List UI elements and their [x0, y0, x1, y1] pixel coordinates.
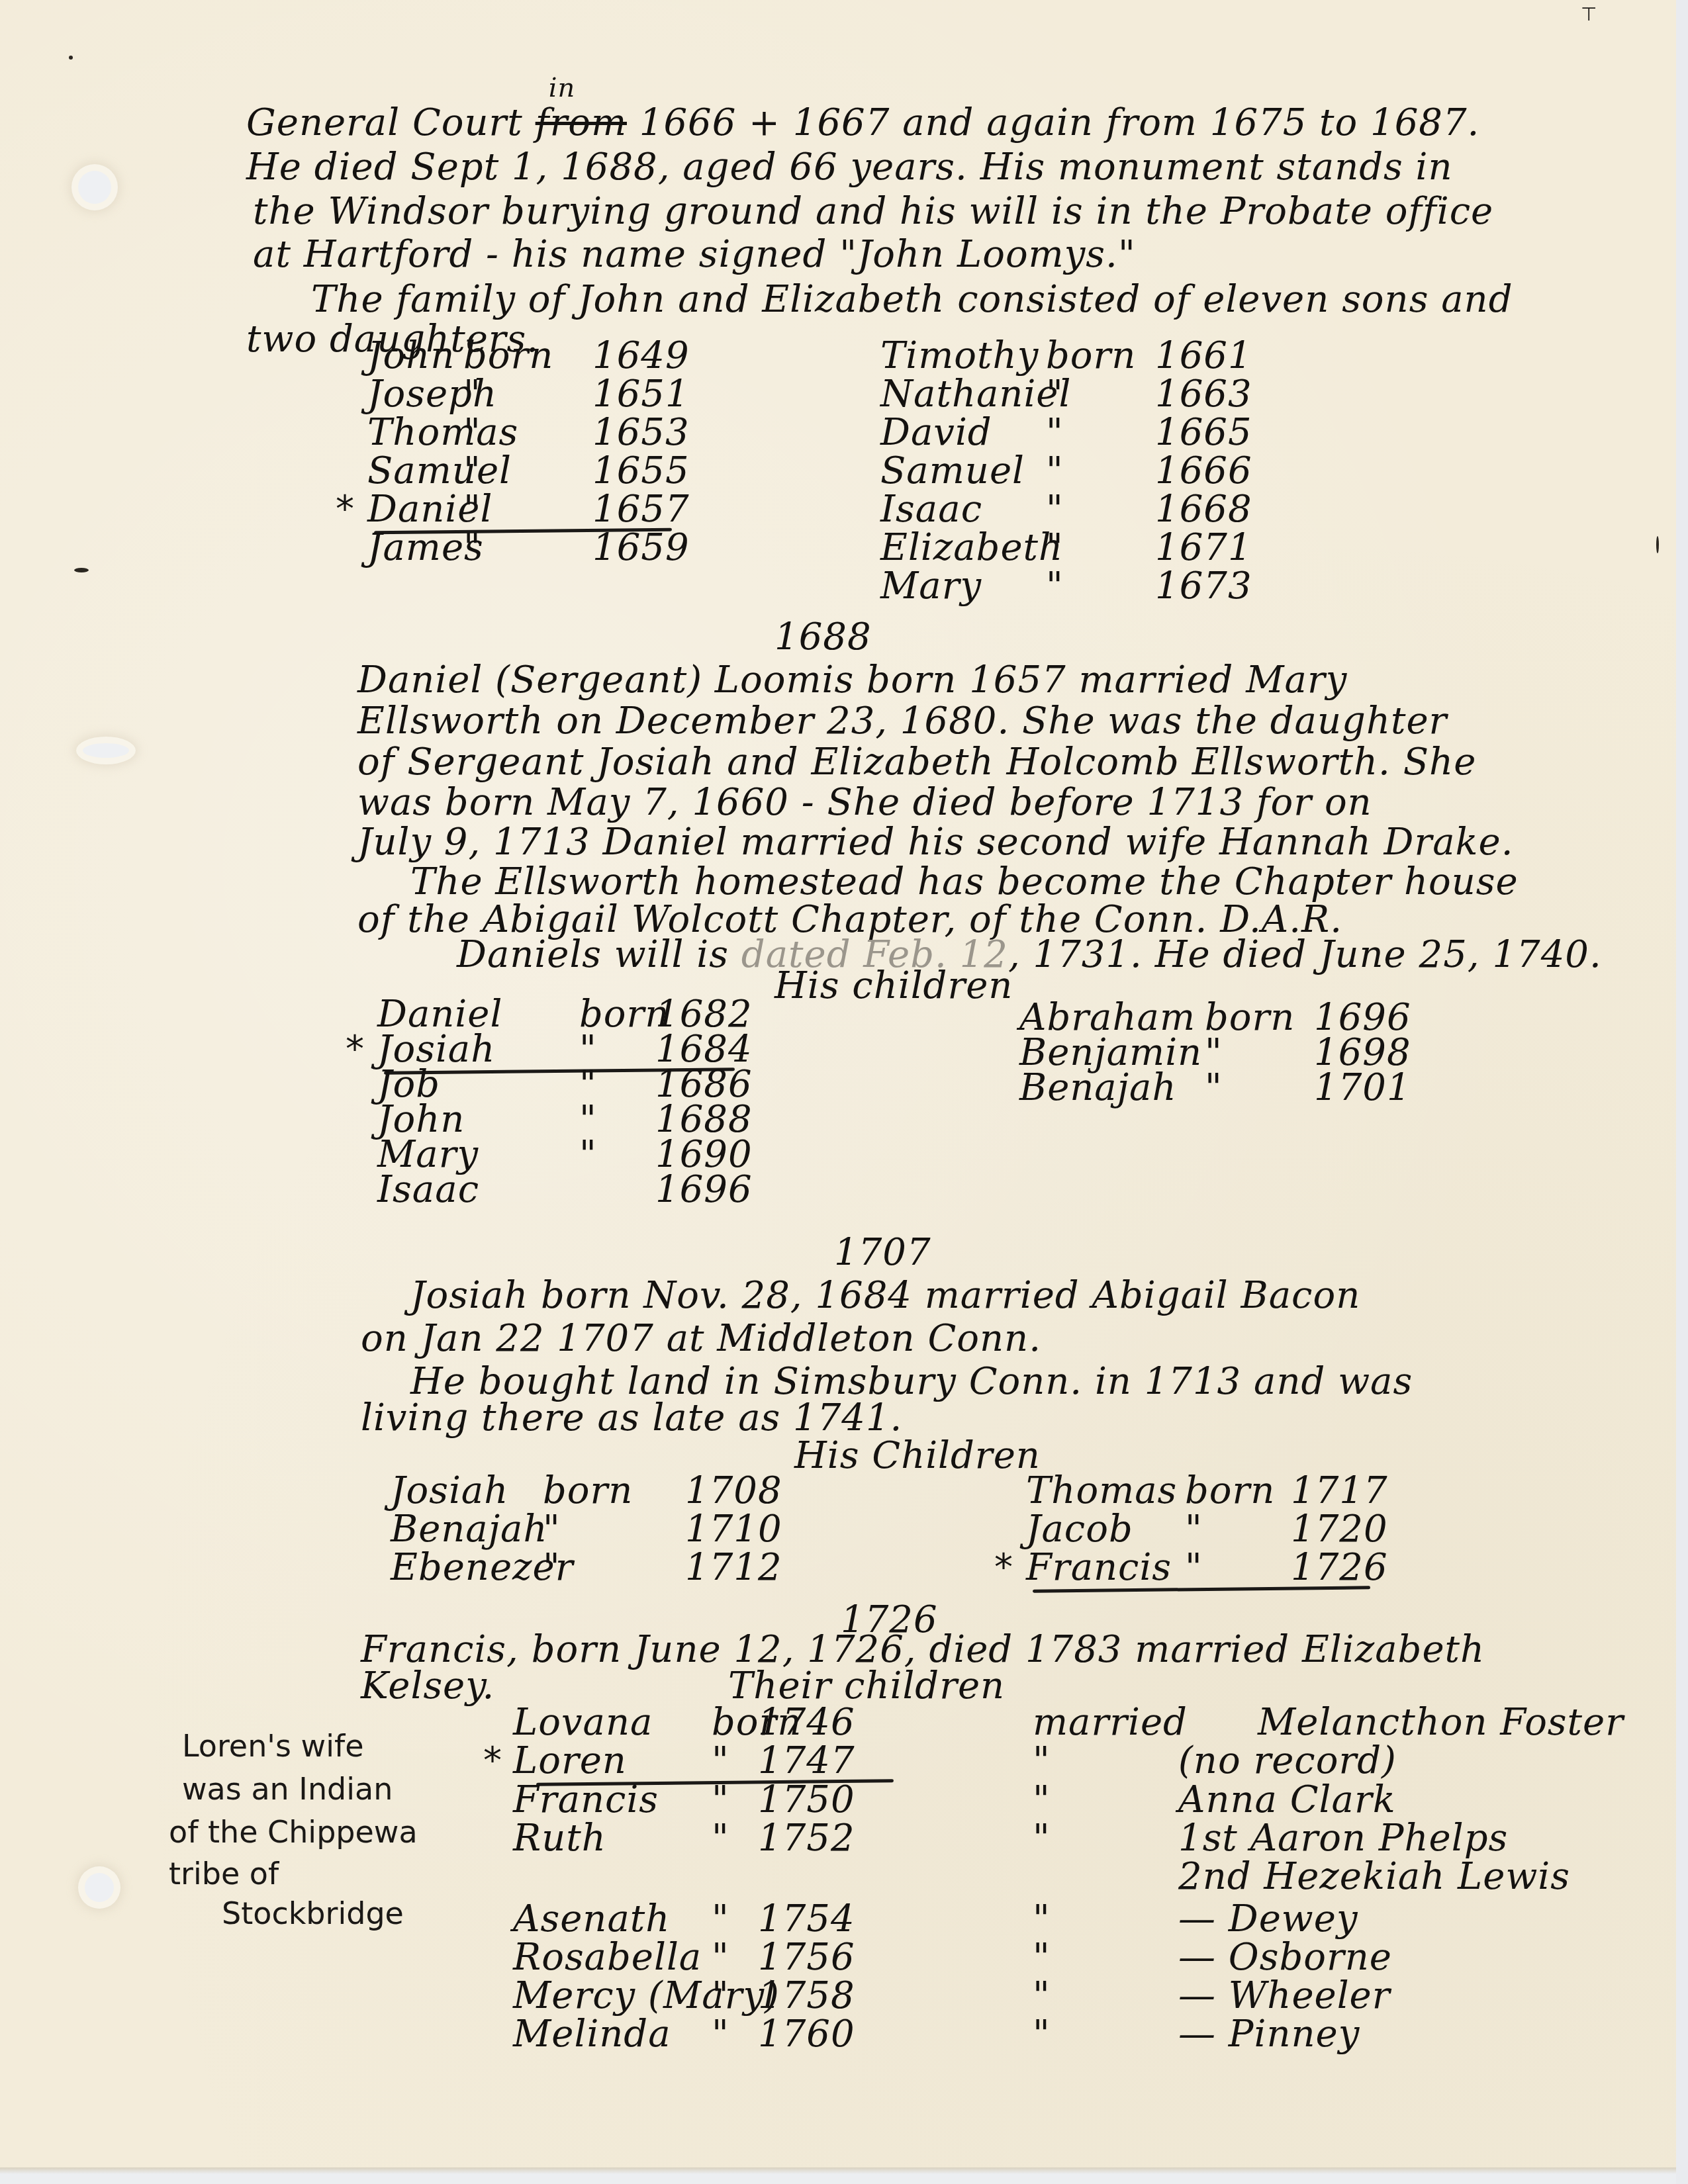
- margin-note-line-5: Stockbridge: [222, 1898, 404, 1929]
- daniel-line-4: was born May 7, 1660 - She died before 1…: [357, 784, 1372, 821]
- born-label: ": [463, 529, 481, 567]
- birth-year: 1651: [592, 376, 690, 413]
- spouse-name: Melancthon Foster: [1258, 1704, 1624, 1741]
- punch-hole-bottom: [85, 1873, 114, 1902]
- birth-year: 1746: [758, 1704, 855, 1741]
- child-name: Josiah: [391, 1473, 508, 1510]
- ancestor-marker-icon: *: [346, 1031, 365, 1068]
- children-heading: His children: [774, 968, 1013, 1005]
- text: Daniels will is: [457, 933, 729, 976]
- birth-year: 1720: [1291, 1511, 1388, 1548]
- born-label: born: [543, 1473, 633, 1510]
- born-label: ": [1046, 376, 1064, 413]
- struck-word: from: [536, 101, 627, 144]
- birth-year: 1756: [758, 1939, 855, 1976]
- born-label: ": [463, 376, 481, 413]
- born-label: ": [463, 453, 481, 490]
- married-label: ": [1033, 1743, 1051, 1780]
- intro-line-3: the Windsor burying ground and his will …: [253, 193, 1493, 230]
- birth-year: 1726: [1291, 1549, 1388, 1586]
- child-name: Timothy: [880, 338, 1039, 375]
- born-label: ": [1046, 491, 1064, 528]
- margin-note-line-2: was an Indian: [182, 1774, 393, 1804]
- birth-year: 1710: [685, 1511, 782, 1548]
- inserted-word: in: [549, 75, 576, 101]
- child-name: Isaac: [880, 491, 982, 528]
- josiah-line-4: living there as late as 1741.: [361, 1400, 902, 1437]
- spouse-name: Anna Clark: [1178, 1782, 1396, 1819]
- spouse-name: (no record): [1178, 1743, 1397, 1780]
- born-label: ": [712, 1743, 729, 1780]
- child-name: Francis: [1026, 1549, 1172, 1586]
- francis-line-1: Francis, born June 12, 1726, died 1783 m…: [361, 1631, 1485, 1668]
- born-label: ": [712, 1978, 729, 2015]
- page-corner-mark: ⊤: [1581, 5, 1597, 24]
- birth-year: 1747: [758, 1743, 855, 1780]
- married-label: ": [1033, 2016, 1051, 2053]
- spouse-name: — Dewey: [1178, 1901, 1358, 1938]
- born-label: born: [1185, 1473, 1275, 1510]
- ancestor-marker-icon: *: [994, 1549, 1013, 1586]
- birth-year: 1717: [1291, 1473, 1388, 1510]
- born-label: ": [1046, 529, 1064, 567]
- child-name: Elizabeth: [880, 529, 1063, 567]
- intro-line-2: He died Sept 1, 1688, aged 66 years. His…: [246, 149, 1453, 186]
- birth-year: 1754: [758, 1901, 855, 1938]
- ink-speck: [74, 568, 89, 572]
- child-name: David: [880, 414, 992, 451]
- born-label: ": [1205, 1069, 1223, 1107]
- margin-note-line-4: tribe of: [169, 1858, 279, 1889]
- birth-year: 1673: [1155, 568, 1252, 605]
- born-label: ": [712, 1820, 729, 1857]
- born-label: ": [1046, 568, 1064, 605]
- born-label: ": [712, 1901, 729, 1938]
- born-label: ": [712, 2016, 729, 2053]
- born-label: ": [579, 1136, 597, 1173]
- child-name: John: [367, 338, 455, 375]
- born-label: ": [1185, 1511, 1203, 1548]
- child-name: Benajah: [1019, 1069, 1177, 1107]
- birth-year: 1668: [1155, 491, 1252, 528]
- child-name: Thomas: [1026, 1473, 1177, 1510]
- ink-speck: [1656, 536, 1659, 553]
- birth-year: 1659: [592, 529, 690, 567]
- birth-year: 1661: [1155, 338, 1252, 375]
- child-name: Mercy (Mary): [513, 1978, 780, 2015]
- birth-year: 1671: [1155, 529, 1252, 567]
- spouse-name: — Pinney: [1178, 2016, 1360, 2053]
- birth-year: 1653: [592, 414, 690, 451]
- married-label: married: [1033, 1704, 1188, 1741]
- paper-edge: [0, 2167, 1676, 2184]
- birth-year: 1655: [592, 453, 690, 490]
- intro-line-5: The family of John and Elizabeth consist…: [311, 281, 1513, 318]
- born-label: ": [463, 491, 481, 528]
- married-label: ": [1033, 1978, 1051, 2015]
- spouse-name: 2nd Hezekiah Lewis: [1178, 1858, 1570, 1895]
- children-heading: His Children: [794, 1437, 1041, 1475]
- josiah-line-3: He bought land in Simsbury Conn. in 1713…: [410, 1363, 1413, 1400]
- birth-year: 1666: [1155, 453, 1252, 490]
- child-name: Asenath: [513, 1901, 670, 1938]
- daniel-line-1: Daniel (Sergeant) Loomis born 1657 marri…: [357, 662, 1347, 699]
- josiah-line-1: Josiah born Nov. 28, 1684 married Abigai…: [410, 1277, 1360, 1314]
- daniel-line-3: of Sergeant Josiah and Elizabeth Holcomb…: [357, 744, 1476, 781]
- daniel-line-2: Ellsworth on December 23, 1680. She was …: [357, 703, 1447, 740]
- born-label: ": [1046, 414, 1064, 451]
- child-name: Nathaniel: [880, 376, 1071, 413]
- birth-year: 1657: [592, 491, 690, 528]
- daniel-line-6: The Ellsworth homestead has become the C…: [410, 864, 1519, 901]
- child-name: Lovana: [513, 1704, 653, 1741]
- born-label: ": [712, 1939, 729, 1976]
- married-label: ": [1033, 1901, 1051, 1938]
- birth-year: 1750: [758, 1782, 855, 1819]
- ink-speck: [69, 56, 73, 60]
- child-name: Francis: [513, 1782, 659, 1819]
- born-label: ": [463, 414, 481, 451]
- year-heading: 1688: [774, 619, 872, 656]
- punch-hole-middle: [83, 743, 129, 758]
- margin-note-line-3: of the Chippewa: [169, 1817, 418, 1847]
- born-label: born: [1046, 338, 1136, 375]
- married-label: ": [1033, 1820, 1051, 1857]
- birth-year: 1758: [758, 1978, 855, 2015]
- birth-year: 1712: [685, 1549, 782, 1586]
- birth-year: 1696: [655, 1171, 753, 1208]
- child-name: Loren: [513, 1743, 627, 1780]
- intro-line-1: General Court from in 1666 + 1667 and ag…: [246, 105, 1479, 142]
- born-label: born: [463, 338, 553, 375]
- spouse-name: — Wheeler: [1178, 1978, 1391, 2015]
- child-name: Ruth: [513, 1820, 606, 1857]
- birth-year: 1708: [685, 1473, 782, 1510]
- birth-year: 1665: [1155, 414, 1252, 451]
- ancestor-marker-icon: *: [483, 1743, 502, 1780]
- born-label: ": [543, 1511, 561, 1548]
- child-name: Mary: [880, 568, 982, 605]
- text: 1666 + 1667 and again from 1675 to 1687.: [639, 101, 1480, 144]
- birth-year: 1701: [1314, 1069, 1411, 1107]
- punch-hole-top: [78, 171, 111, 204]
- birth-year: 1752: [758, 1820, 855, 1857]
- child-name: Melinda: [513, 2016, 671, 2053]
- daniel-will-line: Daniels will is dated Feb. 12, 1731. He …: [457, 936, 1602, 974]
- birth-year: 1649: [592, 338, 690, 375]
- text: General Court: [246, 101, 523, 144]
- francis-line-2a: Kelsey.: [361, 1668, 494, 1705]
- children-heading: Their children: [728, 1668, 1005, 1705]
- intro-line-4: at Hartford - his name signed "John Loom…: [253, 236, 1136, 273]
- josiah-line-2: on Jan 22 1707 at Middleton Conn.: [361, 1320, 1041, 1357]
- birth-year: 1663: [1155, 376, 1252, 413]
- child-name: Rosabella: [513, 1939, 702, 1976]
- married-label: ": [1033, 1782, 1051, 1819]
- spouse-name: 1st Aaron Phelps: [1178, 1820, 1508, 1857]
- child-name: Jacob: [1026, 1511, 1133, 1548]
- daniel-line-5: July 9, 1713 Daniel married his second w…: [357, 824, 1514, 861]
- child-name: Benajah: [391, 1511, 548, 1548]
- married-label: ": [1033, 1939, 1051, 1976]
- born-label: ": [1185, 1549, 1203, 1586]
- born-label: ": [1046, 453, 1064, 490]
- born-label: ": [712, 1782, 729, 1819]
- child-name: Thomas: [367, 414, 518, 451]
- text: , 1731. He died June 25, 1740.: [1008, 933, 1602, 976]
- child-name: Isaac: [377, 1171, 479, 1208]
- child-name: Samuel: [367, 453, 512, 490]
- margin-note-line-1: Loren's wife: [182, 1731, 363, 1761]
- birth-year: 1760: [758, 2016, 855, 2053]
- year-heading: 1707: [834, 1234, 931, 1271]
- ancestor-marker-icon: *: [336, 491, 355, 528]
- spouse-name: — Osborne: [1178, 1939, 1392, 1976]
- born-label: ": [543, 1549, 561, 1586]
- child-name: Samuel: [880, 453, 1025, 490]
